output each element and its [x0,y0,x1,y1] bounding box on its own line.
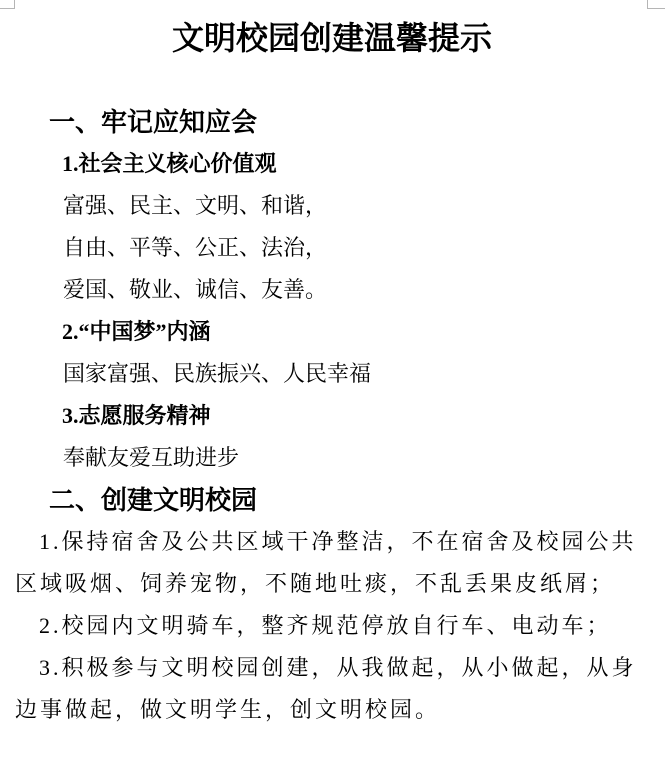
china-dream-content: 国家富强、民族振兴、人民幸福 [14,353,650,395]
document-title: 文明校园创建温馨提示 [14,17,650,59]
core-values-line-3: 爱国、敬业、诚信、友善。 [14,269,650,311]
section-heading-1: 一、牢记应知应会 [14,101,650,143]
core-values-line-1: 富强、民主、文明、和谐， [14,185,650,227]
section-heading-2: 二、创建文明校园 [14,479,650,521]
item-heading-core-values: 1.社会主义核心价值观 [14,143,650,185]
document-page: 文明校园创建温馨提示 一、牢记应知应会 1.社会主义核心价值观 富强、民主、文明… [0,0,665,763]
item-heading-volunteer-spirit: 3.志愿服务精神 [14,395,650,437]
rule-1-line-1: 1.保持宿舍及公共区域干净整洁，不在宿舍及校园公共 [14,521,650,563]
rule-1-line-2: 区域吸烟、饲养宠物，不随地吐痰，不乱丢果皮纸屑； [14,563,650,605]
rule-3-line-1: 3.积极参与文明校园创建，从我做起，从小做起，从身 [14,647,650,689]
rule-3-line-2: 边事做起，做文明学生，创文明校园。 [14,689,650,731]
crop-mark-top-right [647,0,665,9]
item-heading-china-dream: 2.“中国梦”内涵 [14,311,650,353]
rule-2-line-1: 2.校园内文明骑车，整齐规范停放自行车、电动车； [14,605,650,647]
crop-mark-top-left [0,0,15,9]
blank-line [14,59,650,101]
volunteer-spirit-content: 奉献友爱互助进步 [14,437,650,479]
core-values-line-2: 自由、平等、公正、法治， [14,227,650,269]
document-content: 文明校园创建温馨提示 一、牢记应知应会 1.社会主义核心价值观 富强、民主、文明… [14,17,650,731]
